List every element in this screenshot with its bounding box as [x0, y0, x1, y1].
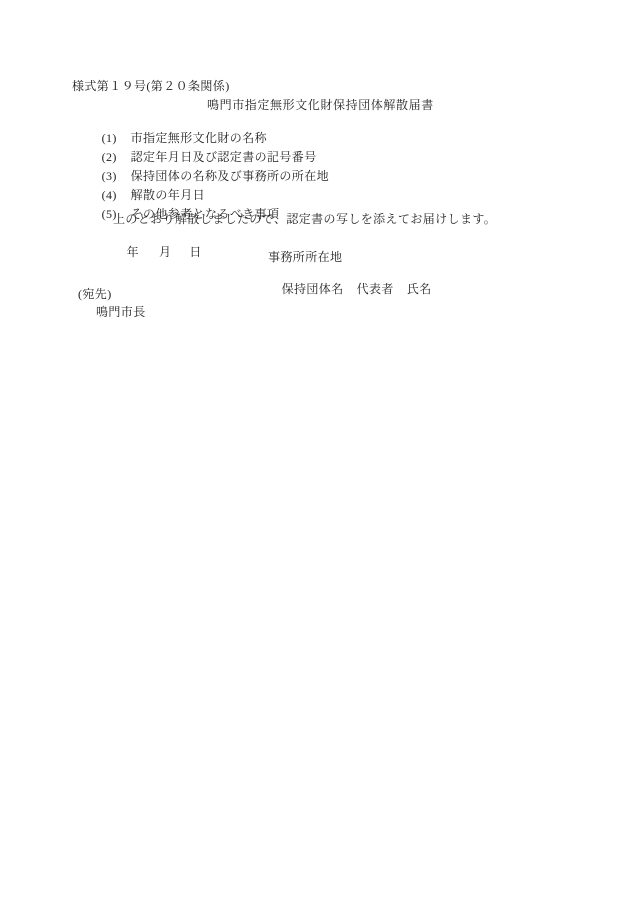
group-name-label: 保持団体名: [282, 282, 344, 296]
month-label: 月: [159, 245, 171, 259]
name-label: 氏名: [407, 282, 432, 296]
addressee: 鳴門市長: [96, 305, 146, 319]
form-number: 様式第１９号(第２０条関係): [72, 79, 230, 93]
representative-label: 代表者: [357, 282, 394, 296]
signature-line: 保持団体名代表者氏名: [268, 268, 432, 310]
year-label: 年: [127, 245, 139, 259]
document-title: 鳴門市指定無形文化財保持団体解散届書: [207, 98, 434, 112]
day-label: 日: [189, 245, 201, 259]
date-line: 年月日: [113, 231, 202, 273]
body-sentence: 上のとおり解散しましたので、認定書の写しを添えてお届けします。: [113, 212, 496, 226]
document-page: 様式第１９号(第２０条関係) 鳴門市指定無形文化財保持団体解散届書 (1)市指定…: [0, 0, 630, 903]
addressee-heading: (宛先): [78, 287, 112, 301]
office-address-label: 事務所所在地: [268, 250, 342, 264]
